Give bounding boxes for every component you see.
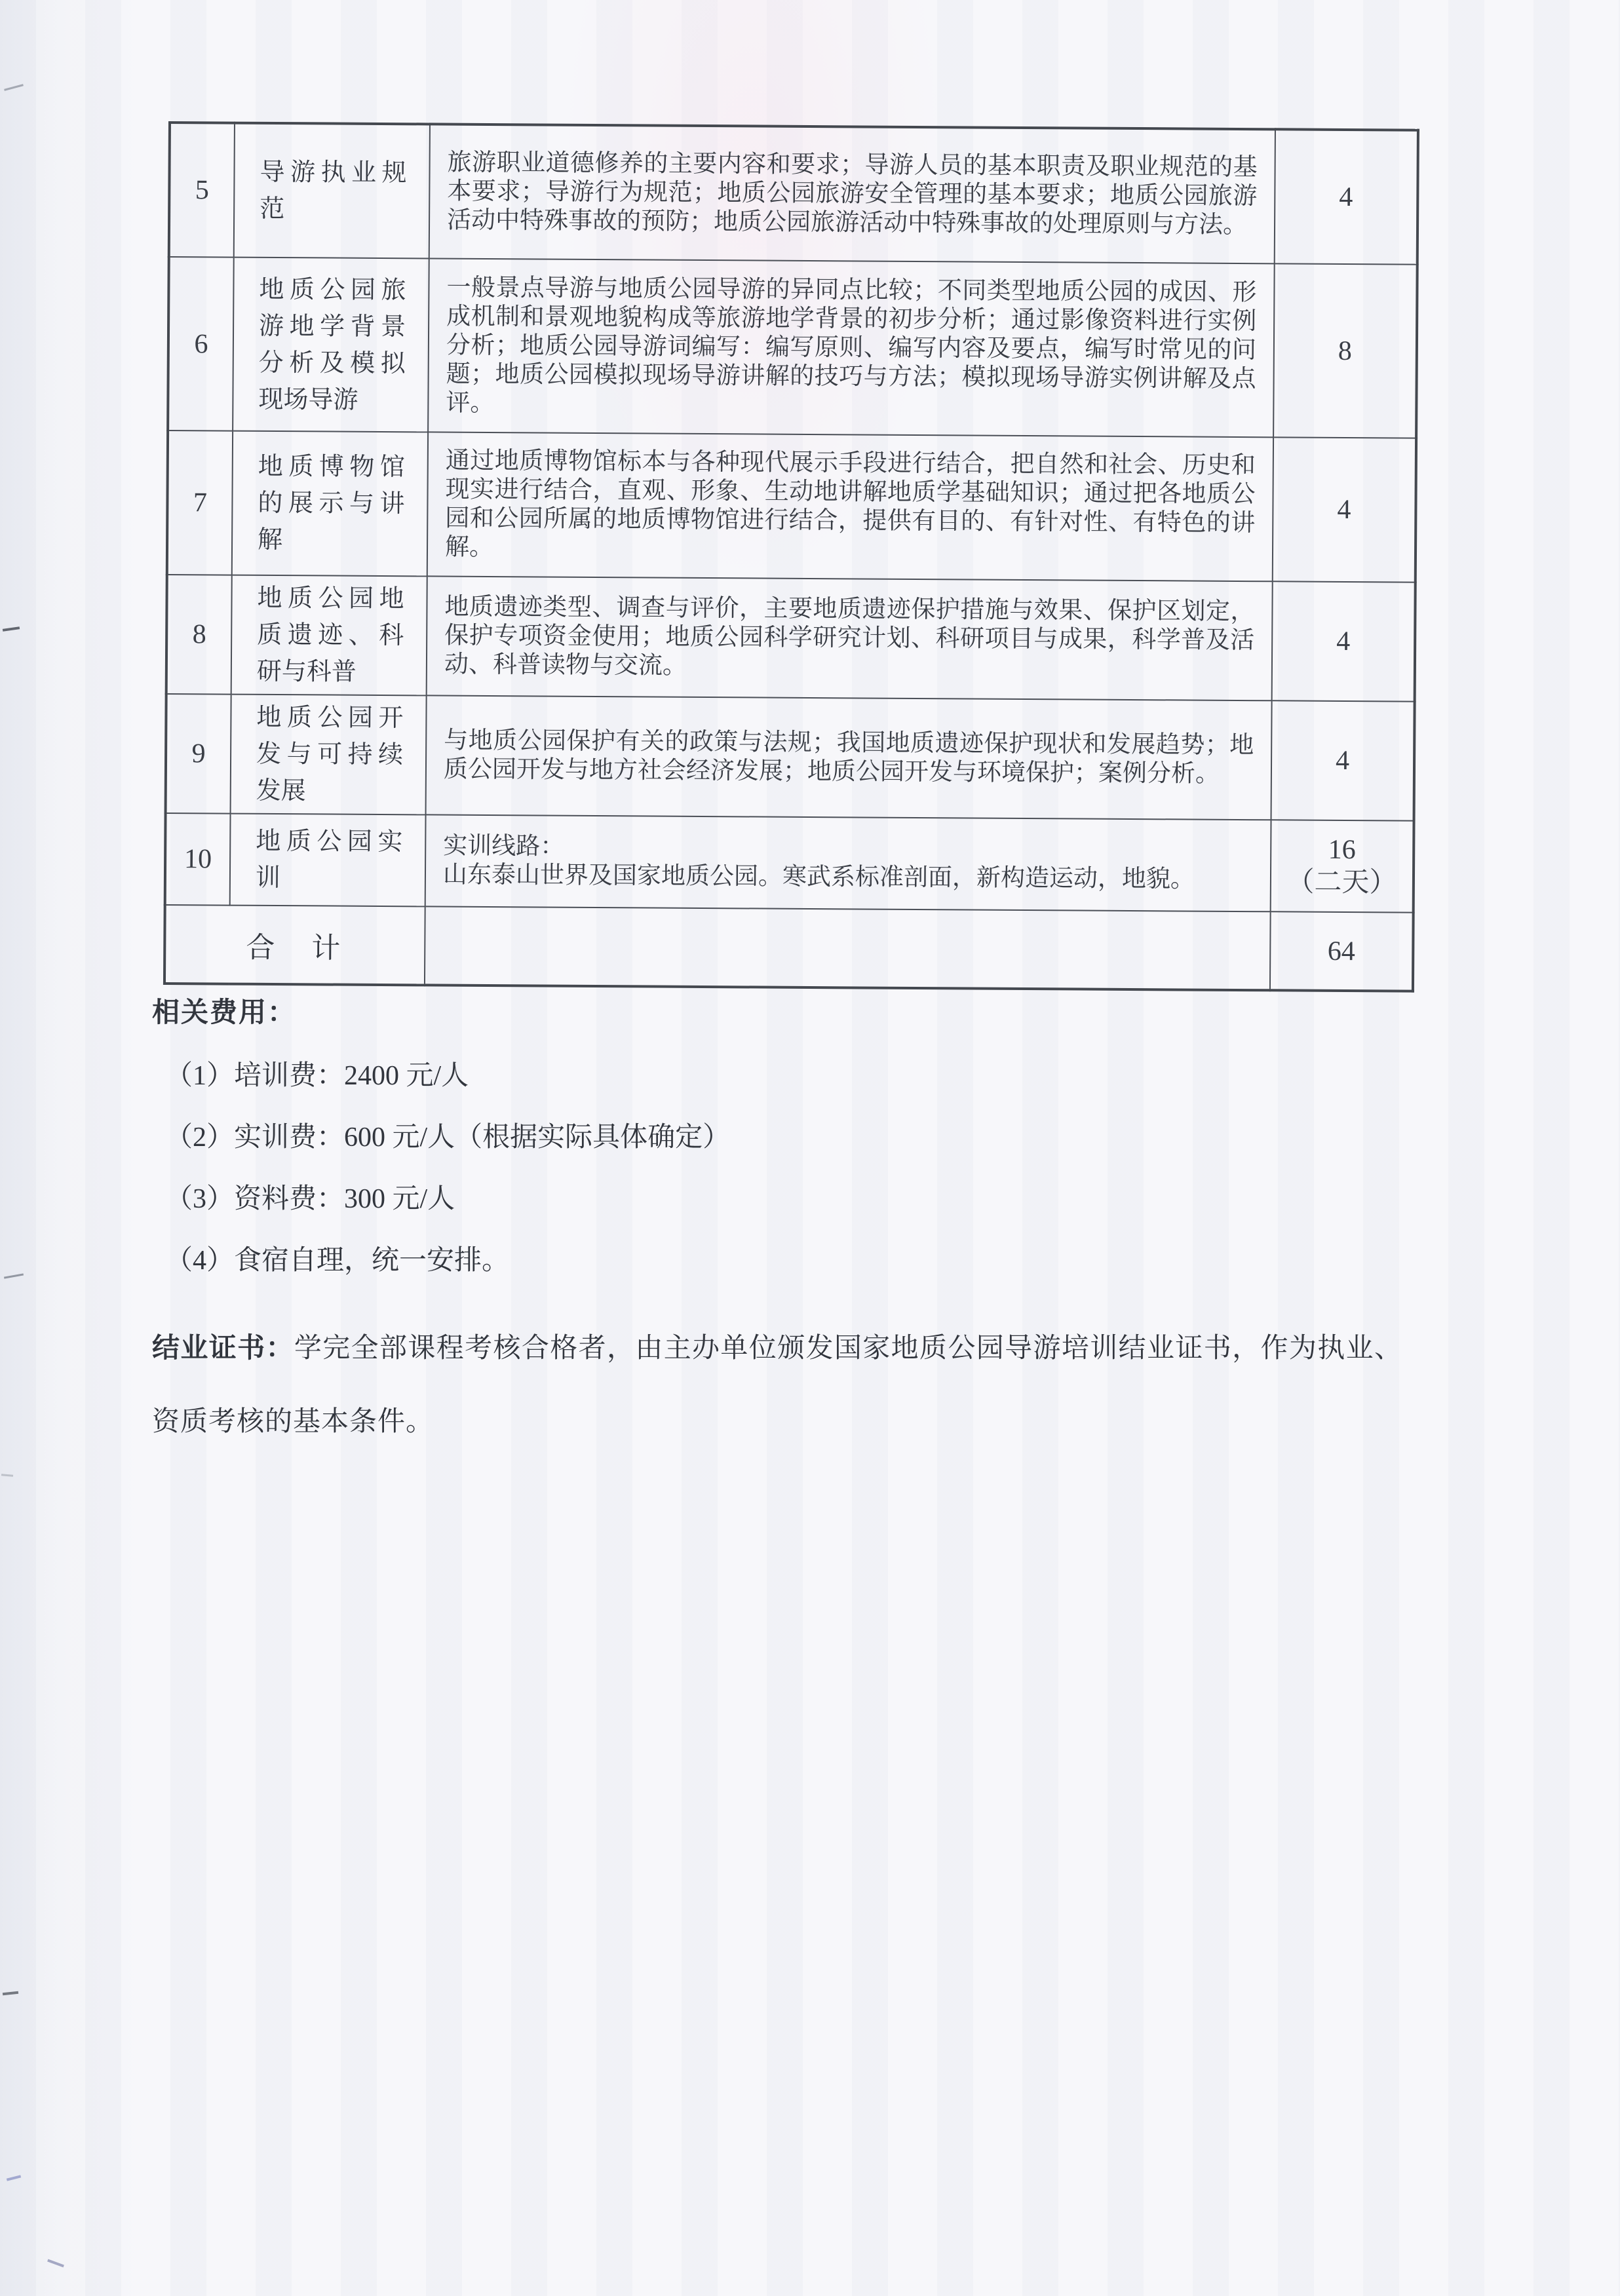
course-number: 10 — [165, 813, 231, 906]
table-row: 10 地质公园实训 实训线路： 山东泰山世界及国家地质公园。寒武系标准剖面，新构… — [165, 813, 1414, 913]
scan-smudge — [3, 1991, 18, 1995]
course-hours: 4 — [1271, 700, 1415, 820]
scan-smudge — [3, 626, 20, 632]
practice-route-text: 山东泰山世界及国家地质公园。寒武系标准剖面，新构造运动，地貌。 — [443, 861, 1253, 895]
practice-route-label: 实训线路： — [443, 832, 1253, 866]
certificate-paragraph: 结业证书：学完全部课程考核合格者，由主办单位颁发国家地质公园导游培训结业证书，作… — [152, 1312, 1402, 1459]
course-hours: 8 — [1273, 263, 1417, 438]
fee-item-lodging: （4）食宿自理，统一安排。 — [165, 1238, 509, 1278]
table-row: 8 地质公园地质遗迹、科研与科普 地质遗迹类型、调查与评价，主要地质遗迹保护措施… — [166, 575, 1416, 702]
certificate-label: 结业证书： — [152, 1333, 294, 1364]
course-name: 地质公园旅游地学背景分析及模拟现场导游 — [233, 258, 429, 432]
course-name: 地质公园实训 — [230, 814, 426, 907]
fee-item-materials: （3）资料费：300 元/人 — [165, 1177, 455, 1216]
course-hours: 4 — [1273, 437, 1416, 582]
course-number: 8 — [166, 575, 232, 695]
scan-smudge — [47, 2259, 64, 2268]
fee-item-training: （1）培训费：2400 元/人 — [165, 1054, 469, 1093]
course-content: 通过地质博物馆标本与各种现代展示手段进行结合，把自然和社会、历史和现实进行结合，… — [427, 432, 1273, 581]
course-content: 与地质公园保护有关的政策与法规；我国地质遗迹保护现状和发展趋势；地质公园开发与地… — [426, 695, 1272, 820]
course-number: 5 — [169, 123, 235, 258]
fees-heading: 相关费用： — [152, 991, 296, 1030]
scanned-page: 5 导游执业规范 旅游职业道德修养的主要内容和要求；导游人员的基本职责及职业规范… — [0, 0, 1620, 2296]
course-hours: 16 （二天） — [1271, 820, 1414, 912]
curriculum-table: 5 导游执业规范 旅游职业道德修养的主要内容和要求；导游人员的基本职责及职业规范… — [163, 121, 1419, 993]
hours-note: （二天） — [1272, 866, 1412, 899]
course-hours: 4 — [1275, 129, 1418, 264]
hours-value: 16 — [1272, 833, 1412, 866]
scan-smudge — [4, 84, 24, 91]
scan-smudge — [4, 1273, 24, 1278]
fee-item-practice: （2）实训费：600 元/人（根据实际具体确定） — [165, 1115, 730, 1155]
course-content: 旅游职业道德修养的主要内容和要求；导游人员的基本职责及职业规范的基本要求；导游行… — [429, 124, 1275, 263]
total-row: 合 计 64 — [164, 905, 1414, 991]
scan-smudge — [1, 1474, 13, 1477]
table-row: 6 地质公园旅游地学背景分析及模拟现场导游 一般景点导游与地质公园导游的异同点比… — [168, 257, 1417, 438]
total-hours: 64 — [1270, 911, 1414, 991]
course-name: 地质公园地质遗迹、科研与科普 — [231, 575, 427, 696]
total-label: 合 计 — [164, 905, 425, 985]
course-number: 7 — [167, 430, 233, 575]
course-content: 实训线路： 山东泰山世界及国家地质公园。寒武系标准剖面，新构造运动，地貌。 — [425, 814, 1271, 911]
course-name: 地质博物馆的展示与讲解 — [232, 431, 428, 577]
table-row: 5 导游执业规范 旅游职业道德修养的主要内容和要求；导游人员的基本职责及职业规范… — [169, 123, 1418, 265]
course-hours: 4 — [1272, 581, 1416, 701]
scan-smudge — [7, 2175, 21, 2181]
table-row: 7 地质博物馆的展示与讲解 通过地质博物馆标本与各种现代展示手段进行结合，把自然… — [167, 430, 1416, 583]
table-row: 9 地质公园开发与可持续发展 与地质公园保护有关的政策与法规；我国地质遗迹保护现… — [166, 694, 1415, 821]
total-content-empty — [425, 906, 1271, 990]
course-number: 9 — [166, 694, 231, 814]
course-content: 地质遗迹类型、调查与评价，主要地质遗迹保护措施与效果、保护区划定，保护专项资金使… — [427, 576, 1273, 700]
course-name: 导游执业规范 — [234, 123, 430, 259]
course-content: 一般景点导游与地质公园导游的异同点比较；不同类型地质公园的成因、形成机制和景观地… — [428, 258, 1275, 437]
course-number: 6 — [168, 257, 234, 431]
course-name: 地质公园开发与可持续发展 — [231, 695, 427, 815]
certificate-text: 学完全部课程考核合格者，由主办单位颁发国家地质公园导游培训结业证书，作为执业、资… — [152, 1333, 1402, 1437]
